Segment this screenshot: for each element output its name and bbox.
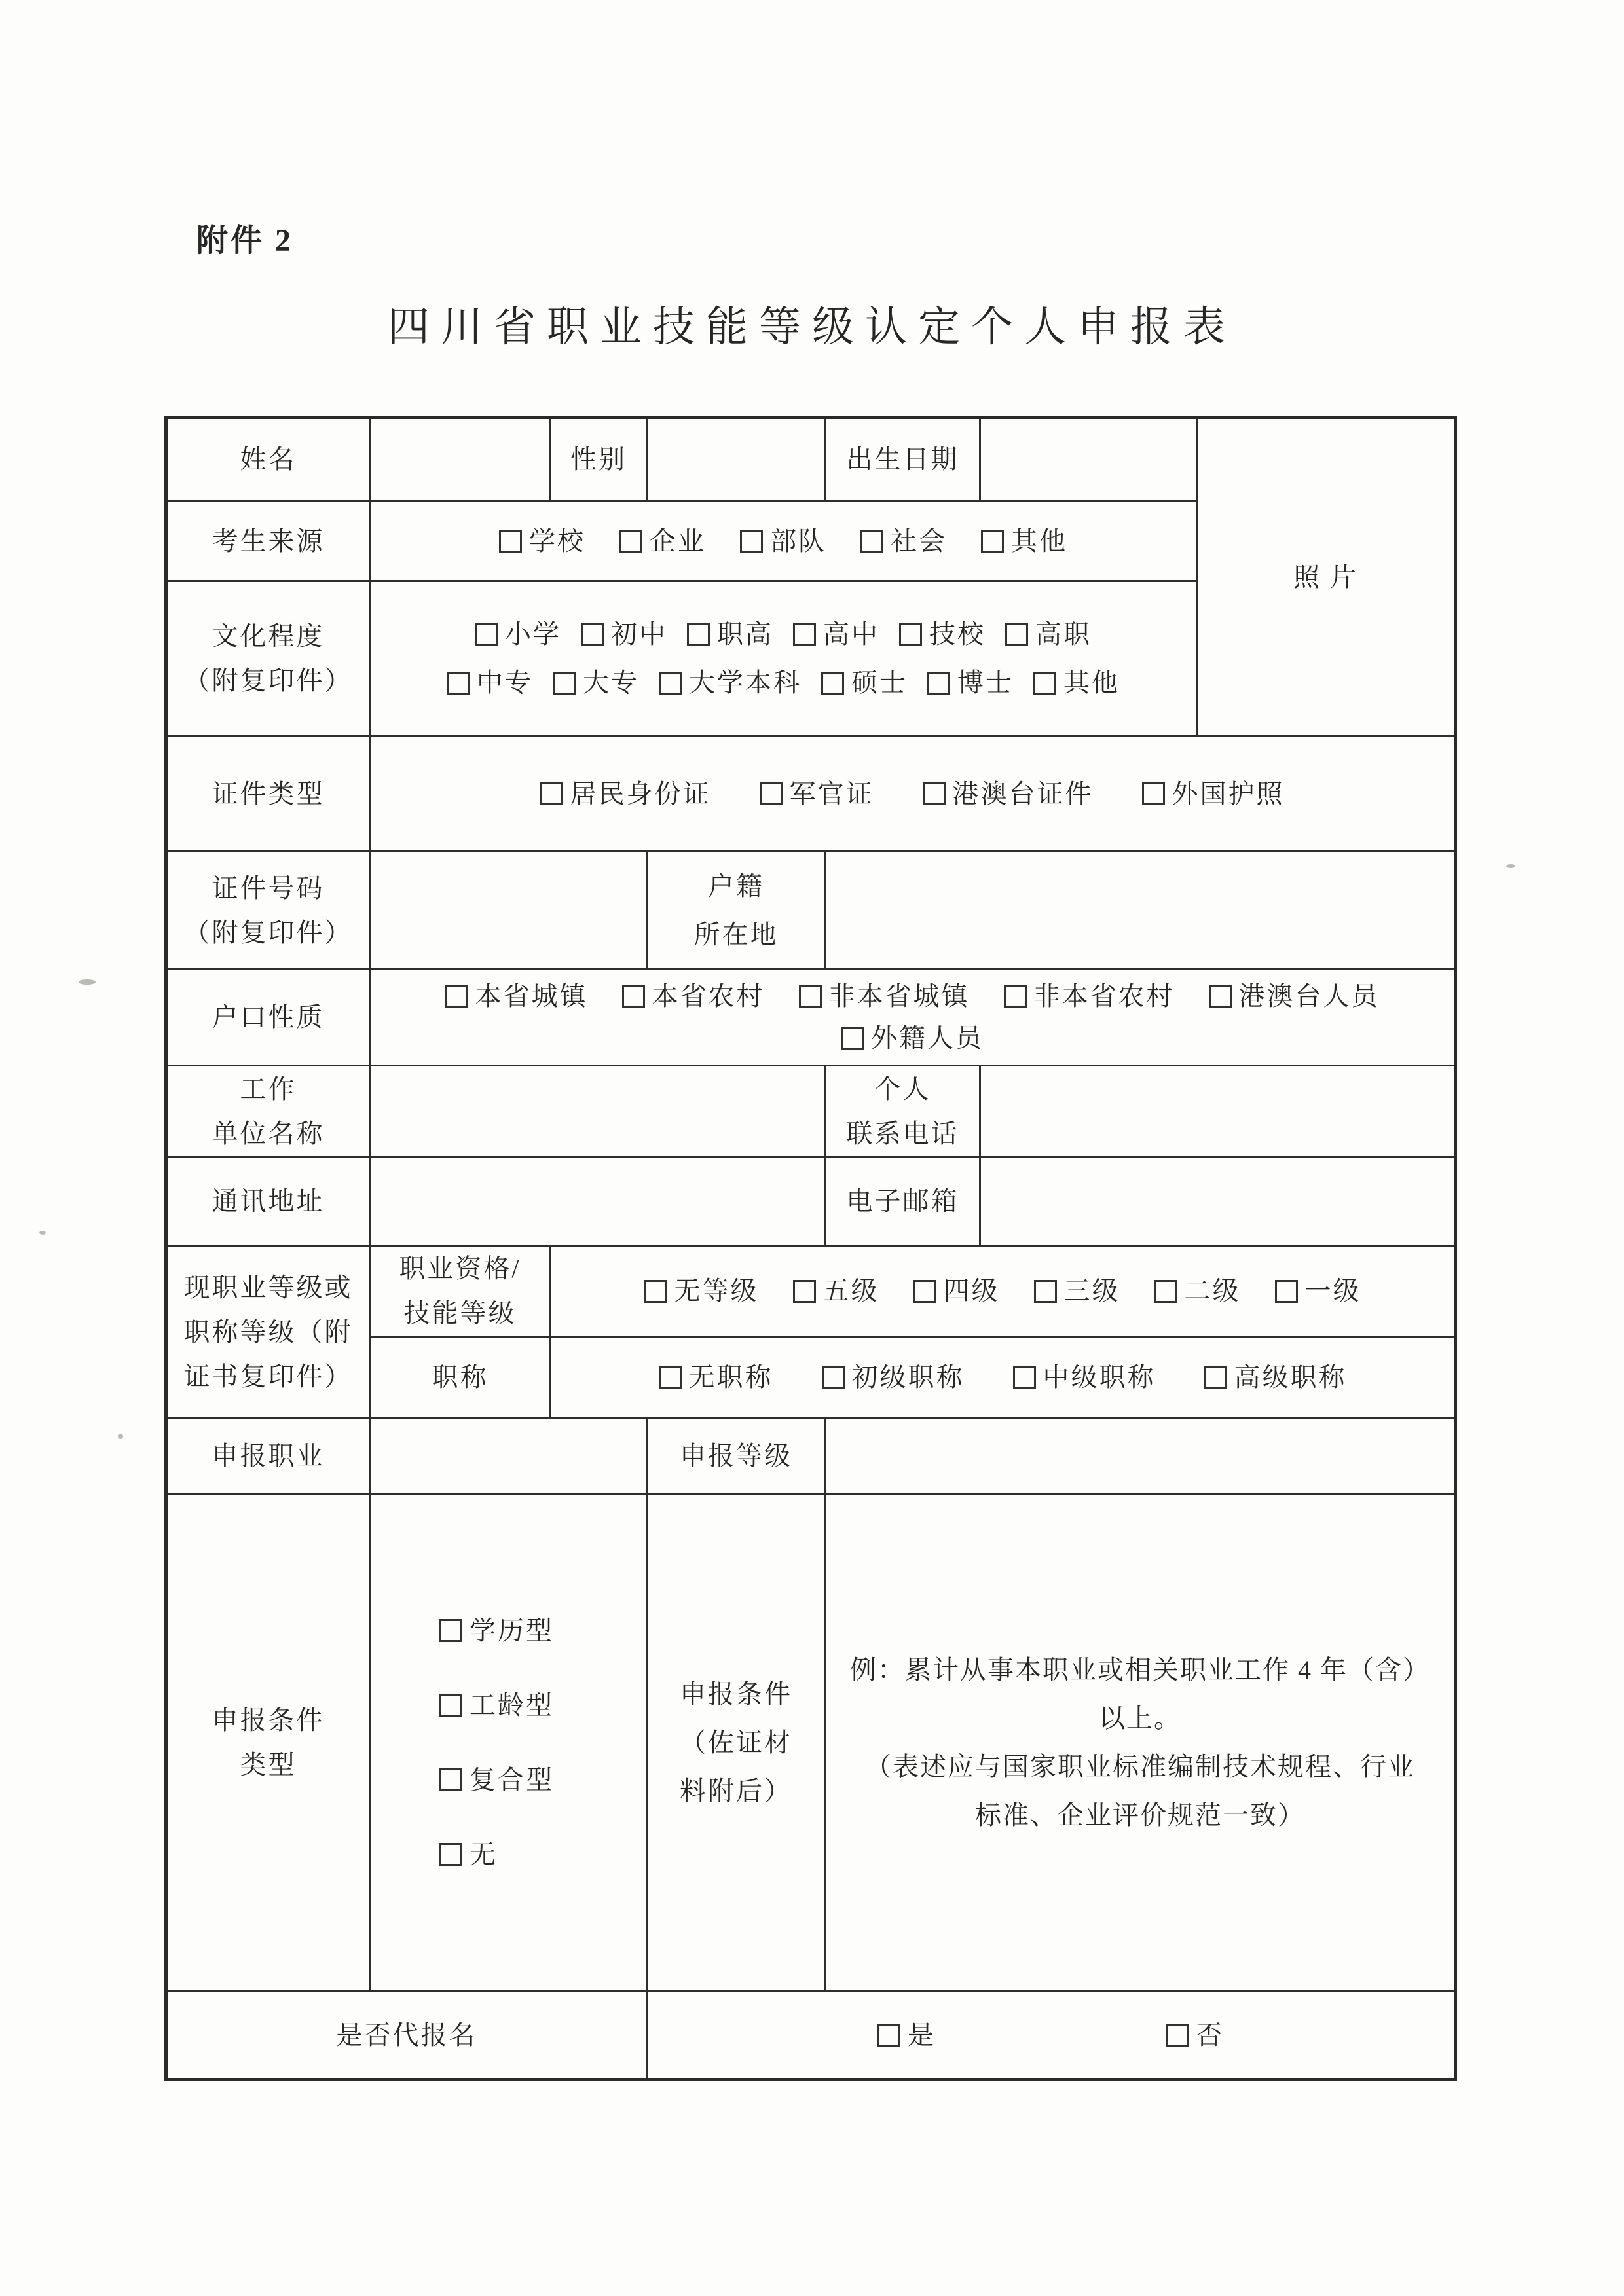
- checkbox-option-none-type[interactable]: 无: [439, 1836, 498, 1874]
- proxy-options-cell: 是 否: [647, 1992, 1456, 2080]
- id-number-input-cell[interactable]: [370, 852, 647, 970]
- photo-cell: 照 片: [1197, 418, 1456, 737]
- photo-label: 照 片: [1293, 562, 1358, 592]
- option-label: 无职称: [689, 1358, 773, 1396]
- checkbox-icon[interactable]: [1209, 985, 1232, 1008]
- address-label: 通讯地址: [166, 1157, 370, 1246]
- checkbox-option-foreign-passport[interactable]: 外国护照: [1142, 775, 1285, 813]
- checkbox-icon[interactable]: [877, 2024, 900, 2047]
- checkbox-option-junior-title[interactable]: 初级职称: [822, 1358, 965, 1396]
- title-options-cell: 无职称 初级职称 中级职称 高级职称: [551, 1337, 1456, 1419]
- checkbox-option-nonlocal-rural[interactable]: 非本省农村: [1004, 977, 1175, 1015]
- checkbox-option-composite-type[interactable]: 复合型: [439, 1761, 554, 1799]
- row-proxy: 是否代报名 是 否: [166, 1992, 1456, 2080]
- checkbox-option-level-3[interactable]: 三级: [1034, 1272, 1120, 1310]
- option-label: 博士: [957, 664, 1014, 702]
- option-label: 学校: [529, 522, 585, 560]
- option-label: 技校: [929, 615, 986, 653]
- checkbox-icon[interactable]: [899, 623, 922, 646]
- checkbox-option-intermediate-title[interactable]: 中级职称: [1013, 1358, 1156, 1396]
- scan-speck: [39, 1231, 46, 1235]
- row-qualification-level: 现职业等级或 职称等级（附 证书复印件） 职业资格/ 技能等级 无等级 五级 四…: [166, 1246, 1456, 1337]
- option-label: 初中: [611, 615, 667, 653]
- checkbox-icon[interactable]: [799, 985, 822, 1008]
- checkbox-option-senior-high[interactable]: 高中: [793, 615, 879, 653]
- row-id-type: 证件类型 居民身份证 军官证 港澳台证件 外国护照: [166, 737, 1456, 852]
- checkbox-icon[interactable]: [619, 530, 642, 553]
- row-contact: 通讯地址 电子邮箱: [166, 1157, 1456, 1246]
- checkbox-option-nonlocal-urban[interactable]: 非本省城镇: [799, 977, 970, 1015]
- checkbox-icon[interactable]: [1204, 1366, 1227, 1389]
- option-label: 非本省农村: [1034, 977, 1175, 1015]
- checkbox-option-secondary-technical[interactable]: 中专: [447, 664, 533, 702]
- checkbox-option-no-title[interactable]: 无职称: [659, 1358, 773, 1396]
- scan-speck: [118, 1434, 123, 1439]
- option-label: 初级职称: [852, 1358, 965, 1396]
- checkbox-option-vocational-high[interactable]: 职高: [687, 615, 773, 653]
- checkbox-icon[interactable]: [1033, 672, 1056, 695]
- declared-occupation-label: 申报职业: [166, 1419, 370, 1494]
- checkbox-option-education-type[interactable]: 学历型: [439, 1612, 554, 1650]
- option-label: 否: [1196, 2016, 1224, 2054]
- checkbox-icon[interactable]: [445, 985, 468, 1008]
- application-form-table: 姓名 性别 出生日期 照 片 考生来源 学校 企业 部队 社会 其他: [164, 416, 1457, 2081]
- checkbox-option-bachelor[interactable]: 大学本科: [659, 664, 802, 702]
- checkbox-option-proxy-yes[interactable]: 是: [877, 2016, 936, 2054]
- checkbox-icon[interactable]: [981, 530, 1004, 553]
- checkbox-icon[interactable]: [475, 623, 498, 646]
- row-conditions: 申报条件 类型 学历型 工龄型 复合型 无 申报条件 （佐证材 料附后） 例：累…: [166, 1494, 1456, 1992]
- checkbox-option-junior-college[interactable]: 大专: [553, 664, 639, 702]
- residence-label: 户籍 所在地: [647, 852, 826, 970]
- id-type-options-cell: 居民身份证 军官证 港澳台证件 外国护照: [370, 737, 1456, 852]
- checkbox-icon[interactable]: [1034, 1280, 1057, 1303]
- option-label: 企业: [650, 522, 706, 560]
- option-label: 二级: [1185, 1272, 1241, 1310]
- checkbox-option-hk-macao-taiwan-person[interactable]: 港澳台人员: [1209, 977, 1380, 1015]
- option-label: 无: [470, 1836, 498, 1874]
- checkbox-option-local-urban[interactable]: 本省城镇: [445, 977, 588, 1015]
- checkbox-option-level-5[interactable]: 五级: [793, 1272, 879, 1310]
- condition-example-line: 例：累计从事本职业或相关职业工作 4 年（含）: [842, 1646, 1438, 1694]
- checkbox-icon[interactable]: [439, 1694, 462, 1717]
- hukou-options-cell: 本省城镇 本省农村 非本省城镇 非本省农村 港澳台人员 外籍人员: [370, 970, 1456, 1066]
- condition-example-cell[interactable]: 例：累计从事本职业或相关职业工作 4 年（含） 以上。 （表述应与国家职业标准编…: [826, 1494, 1456, 1992]
- name-label: 姓名: [166, 418, 370, 501]
- attachment-label: 附件 2: [196, 215, 293, 260]
- checkbox-icon[interactable]: [553, 672, 576, 695]
- checkbox-icon[interactable]: [913, 1280, 936, 1303]
- checkbox-option-hk-macao-taiwan-cert[interactable]: 港澳台证件: [923, 775, 1094, 813]
- checkbox-icon[interactable]: [659, 1366, 682, 1389]
- qualification-label: 职业资格/ 技能等级: [370, 1246, 551, 1337]
- birth-date-input-cell[interactable]: [980, 418, 1197, 501]
- checkbox-icon[interactable]: [822, 1366, 845, 1389]
- education-options-cell: 小学 初中 职高 高中 技校 高职 中专 大专 大学本科 硕士 博士 其他: [370, 581, 1197, 737]
- row-declaration: 申报职业 申报等级: [166, 1419, 1456, 1494]
- checkbox-option-school[interactable]: 学校: [499, 522, 585, 560]
- birth-date-label: 出生日期: [826, 418, 980, 501]
- checkbox-icon[interactable]: [439, 1619, 462, 1642]
- row-id-number: 证件号码 （附复印件） 户籍 所在地: [166, 852, 1456, 970]
- option-label: 一级: [1305, 1272, 1361, 1310]
- option-label: 本省城镇: [475, 977, 588, 1015]
- option-label: 居民身份证: [570, 775, 711, 813]
- checkbox-icon[interactable]: [1005, 623, 1028, 646]
- checkbox-icon[interactable]: [760, 782, 783, 805]
- option-label: 复合型: [470, 1761, 554, 1799]
- option-label: 中级职称: [1043, 1358, 1156, 1396]
- option-label: 大专: [583, 664, 639, 702]
- option-label: 工龄型: [470, 1686, 554, 1724]
- condition-example-line: 标准、企业评价规范一致）: [842, 1791, 1438, 1840]
- checkbox-option-no-level[interactable]: 无等级: [644, 1272, 759, 1310]
- checkbox-icon[interactable]: [659, 672, 682, 695]
- checkbox-icon[interactable]: [499, 530, 522, 553]
- checkbox-icon[interactable]: [793, 623, 816, 646]
- option-label: 硕士: [851, 664, 908, 702]
- option-label: 高中: [823, 615, 879, 653]
- checkbox-option-higher-vocational[interactable]: 高职: [1005, 615, 1092, 653]
- education-label: 文化程度 （附复印件）: [166, 581, 370, 737]
- proxy-label: 是否代报名: [166, 1992, 647, 2080]
- checkbox-option-resident-id[interactable]: 居民身份证: [540, 775, 711, 813]
- candidate-source-label: 考生来源: [166, 501, 370, 581]
- email-input-cell[interactable]: [980, 1157, 1456, 1246]
- checkbox-option-technical-school[interactable]: 技校: [899, 615, 986, 653]
- option-label: 无等级: [674, 1272, 759, 1310]
- page-title: 四川省职业技能等级认定个人申报表: [0, 293, 1624, 354]
- option-label: 职高: [717, 615, 773, 653]
- checkbox-icon[interactable]: [1166, 2024, 1189, 2047]
- row-hukou: 户口性质 本省城镇 本省农村 非本省城镇 非本省农村 港澳台人员 外籍人员: [166, 970, 1456, 1066]
- email-label: 电子邮箱: [826, 1157, 980, 1246]
- scan-speck: [1506, 864, 1515, 868]
- checkbox-icon[interactable]: [927, 672, 950, 695]
- option-label: 港澳台人员: [1239, 977, 1380, 1015]
- option-label: 三级: [1064, 1272, 1120, 1310]
- checkbox-option-local-rural[interactable]: 本省农村: [622, 977, 765, 1015]
- gender-input-cell[interactable]: [647, 418, 826, 501]
- work-unit-label: 工作 单位名称: [166, 1066, 370, 1157]
- option-label: 小学: [505, 615, 561, 653]
- condition-type-options-cell: 学历型 工龄型 复合型 无: [370, 1494, 647, 1992]
- checkbox-icon[interactable]: [740, 530, 763, 553]
- condition-example-line: 以上。: [842, 1694, 1438, 1743]
- option-label: 高级职称: [1234, 1358, 1347, 1396]
- checkbox-option-society[interactable]: 社会: [860, 522, 947, 560]
- option-label: 港澳台证件: [953, 775, 1094, 813]
- checkbox-option-senior-title[interactable]: 高级职称: [1204, 1358, 1347, 1396]
- option-label: 中专: [477, 664, 533, 702]
- checkbox-icon[interactable]: [1275, 1280, 1298, 1303]
- row-basic-info: 姓名 性别 出生日期 照 片: [166, 418, 1456, 501]
- condition-type-label: 申报条件 类型: [166, 1494, 370, 1992]
- condition-material-label: 申报条件 （佐证材 料附后）: [647, 1494, 826, 1992]
- checkbox-icon[interactable]: [622, 985, 645, 1008]
- declared-level-label: 申报等级: [647, 1419, 826, 1494]
- checkbox-icon[interactable]: [439, 1843, 462, 1866]
- qualification-options-cell: 无等级 五级 四级 三级 二级 一级: [551, 1246, 1456, 1337]
- checkbox-icon[interactable]: [581, 623, 604, 646]
- personal-phone-label: 个人 联系电话: [826, 1066, 980, 1157]
- option-label: 部队: [770, 522, 826, 560]
- scanned-application-form-page: 附件 2 四川省职业技能等级认定个人申报表 姓名 性别 出生日期 照 片 考生来…: [0, 0, 1624, 2296]
- checkbox-option-other-source[interactable]: 其他: [981, 522, 1067, 560]
- option-label: 本省农村: [652, 977, 765, 1015]
- checkbox-icon[interactable]: [1142, 782, 1165, 805]
- checkbox-icon[interactable]: [439, 1768, 462, 1791]
- checkbox-icon[interactable]: [821, 672, 844, 695]
- option-label: 学历型: [470, 1612, 554, 1650]
- name-input-cell[interactable]: [370, 418, 551, 501]
- row-work-unit: 工作 单位名称 个人 联系电话: [166, 1066, 1456, 1157]
- option-label: 四级: [944, 1272, 1000, 1310]
- checkbox-option-level-4[interactable]: 四级: [913, 1272, 1000, 1310]
- option-label: 外籍人员: [871, 1019, 984, 1057]
- checkbox-option-level-2[interactable]: 二级: [1154, 1272, 1241, 1310]
- option-label: 是: [908, 2016, 936, 2054]
- checkbox-icon[interactable]: [923, 782, 946, 805]
- checkbox-option-junior-high[interactable]: 初中: [581, 615, 667, 653]
- checkbox-option-enterprise[interactable]: 企业: [619, 522, 706, 560]
- declared-level-input-cell[interactable]: [826, 1419, 1456, 1494]
- checkbox-option-foreign-national[interactable]: 外籍人员: [841, 1019, 984, 1057]
- option-label: 非本省城镇: [829, 977, 970, 1015]
- checkbox-option-military-officer-cert[interactable]: 军官证: [760, 775, 874, 813]
- checkbox-icon[interactable]: [447, 672, 470, 695]
- checkbox-icon[interactable]: [841, 1027, 864, 1050]
- checkbox-option-master[interactable]: 硕士: [821, 664, 908, 702]
- option-label: 其他: [1063, 664, 1120, 702]
- checkbox-icon[interactable]: [540, 782, 563, 805]
- address-input-cell[interactable]: [370, 1157, 826, 1246]
- scan-speck: [79, 979, 96, 985]
- condition-example-line: （表述应与国家职业标准编制技术规程、行业: [842, 1743, 1438, 1791]
- option-label: 五级: [823, 1272, 879, 1310]
- personal-phone-input-cell[interactable]: [980, 1066, 1456, 1157]
- option-label: 外国护照: [1172, 775, 1285, 813]
- candidate-source-options-cell: 学校 企业 部队 社会 其他: [370, 501, 1197, 581]
- checkbox-icon[interactable]: [1004, 985, 1027, 1008]
- work-unit-input-cell[interactable]: [370, 1066, 826, 1157]
- id-number-label: 证件号码 （附复印件）: [166, 852, 370, 970]
- title-label: 职称: [370, 1337, 551, 1419]
- checkbox-icon[interactable]: [860, 530, 883, 553]
- checkbox-icon[interactable]: [1013, 1366, 1036, 1389]
- residence-input-cell[interactable]: [826, 852, 1456, 970]
- id-type-label: 证件类型: [166, 737, 370, 852]
- checkbox-option-military[interactable]: 部队: [740, 522, 826, 560]
- option-label: 大学本科: [689, 664, 802, 702]
- option-label: 高职: [1035, 615, 1092, 653]
- option-label: 其他: [1011, 522, 1067, 560]
- declared-occupation-input-cell[interactable]: [370, 1419, 647, 1494]
- checkbox-icon[interactable]: [687, 623, 710, 646]
- checkbox-option-level-1[interactable]: 一级: [1275, 1272, 1361, 1310]
- hukou-label: 户口性质: [166, 970, 370, 1066]
- option-label: 军官证: [790, 775, 874, 813]
- checkbox-icon[interactable]: [793, 1280, 816, 1303]
- gender-label: 性别: [551, 418, 647, 501]
- checkbox-option-primary-school[interactable]: 小学: [475, 615, 561, 653]
- checkbox-icon[interactable]: [1154, 1280, 1177, 1303]
- checkbox-option-proxy-no[interactable]: 否: [1166, 2016, 1224, 2054]
- checkbox-option-other-education[interactable]: 其他: [1033, 664, 1120, 702]
- option-label: 社会: [891, 522, 947, 560]
- checkbox-option-doctor[interactable]: 博士: [927, 664, 1014, 702]
- current-level-label: 现职业等级或 职称等级（附 证书复印件）: [166, 1246, 370, 1419]
- checkbox-option-seniority-type[interactable]: 工龄型: [439, 1686, 554, 1724]
- checkbox-icon[interactable]: [644, 1280, 667, 1303]
